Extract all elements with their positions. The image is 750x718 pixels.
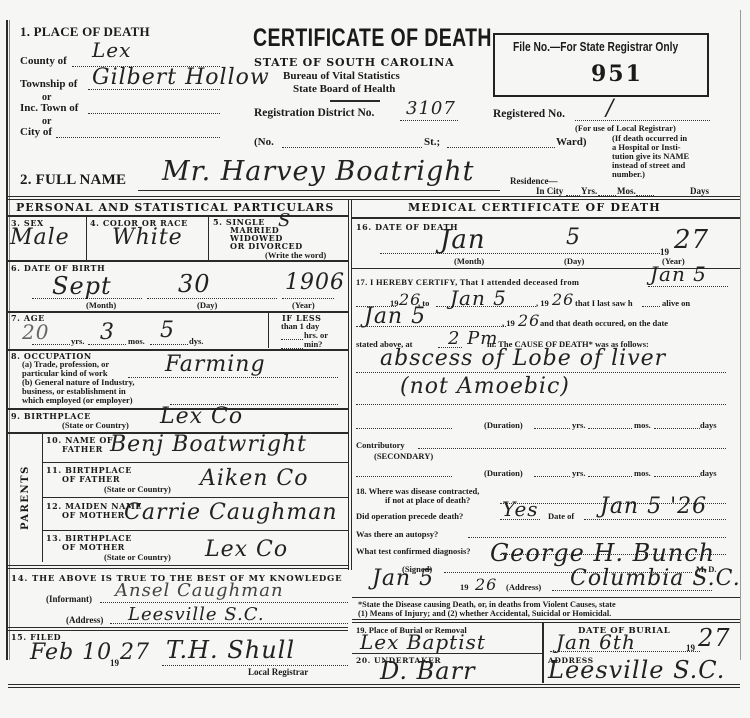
certify-19b: , 19 [536,299,549,308]
medical-heading: MEDICAL CERTIFICATE OF DEATH [408,201,661,214]
registration-district-line [400,120,458,121]
father-value: Benj Boatwright [110,432,307,457]
parents-label: PARENTS [20,465,31,530]
mother-label-2: OF MOTHER [62,511,125,520]
informant-line [100,602,348,603]
contributory-label: Contributory [356,441,405,450]
certify-19c: , 19 [502,319,515,328]
local-registrar-note: (For use of Local Registrar) [575,124,676,133]
age-years: 20 [22,320,49,344]
duration-1-label: (Duration) [484,421,523,430]
signed-date: Jan 5 [372,566,434,591]
dod-line [380,253,660,254]
residence-mos: Mos. [617,187,636,196]
header-divider [8,196,740,200]
test-label: What test confirmed diagnosis? [356,547,471,556]
death-certificate: 1. PLACE OF DEATH County of Lex Township… [0,0,750,718]
operation-date-value: Jan 5 '26 [600,494,707,519]
street-no-line [282,147,422,148]
row-rule-father-bp [42,462,348,463]
last-seen-year: 26 [518,311,540,330]
mother-value: Carrie Caughman [124,500,338,525]
registration-district-label: Registration District No. [254,107,374,119]
age-years-line [32,344,70,345]
operation-value: Yes [502,497,539,521]
undertaker-address-value: Leesville S.C. [548,656,725,684]
hospital-note-5: number.) [612,170,645,179]
signed-year: 26 [475,575,497,594]
age-days-line [150,344,188,345]
footnote-top-rule [352,597,740,598]
marital-value: S [278,210,291,231]
registered-no-label: Registered No. [493,108,565,120]
sex-race-divider [86,215,87,260]
cause-line-1 [356,372,726,373]
row-rule-dob [8,260,348,262]
burial-date-line [550,651,700,652]
age-yrs-caption: yrs. [71,337,84,346]
header-rule [330,100,380,102]
burial-top-rule [352,619,740,623]
duration-1-yrs: yrs. [572,421,585,430]
certify-last-saw: that I last saw h [575,299,633,308]
duration-1-mos: mos. [634,421,651,430]
father-bp-value: Aiken Co [200,466,309,491]
cause-primary: abscess of Lobe of liver [380,346,666,371]
street-no-label: (No. [254,136,274,148]
file-number-label: File No.—For State Registrar Only [513,40,678,54]
dob-day: 30 [178,270,211,298]
center-divider [348,200,352,570]
autopsy-label: Was there an autopsy? [356,530,438,539]
county-value: Lex [92,38,131,62]
duration-1-blank [356,428,452,429]
duration-1-days: days [700,421,717,430]
informant-address-value: Leesville S.C. [128,604,265,625]
left-border [6,20,8,660]
registrar-line [162,665,348,666]
ward-label: Ward) [556,136,587,148]
mother-bp-value: Lex Co [205,537,288,562]
sex-value: Male [10,225,70,250]
residence-label: Residence— [510,177,558,186]
burial-year-prefix: 19 [686,644,695,653]
cause-line-2 [356,404,726,405]
row-rule-mother [42,497,348,498]
dob-year-line [282,298,334,299]
city-line [56,137,220,138]
informant-label: (Informant) [46,595,92,604]
footnote-2: (1) Means of Injury; and (2) whether Acc… [358,609,611,618]
age-months: 3 [100,320,115,345]
q18-label-b: if not at place of death? [385,496,470,505]
dod-day: 5 [566,225,581,250]
bureau-name: Bureau of Vital Statistics [283,70,400,82]
registered-no-line [575,120,710,121]
footnote-1: *State the Disease causing Death, or, in… [358,600,616,609]
if-less-hrs-line [281,339,303,340]
certify-alive-on: alive on [662,299,690,308]
bottom-rule [8,684,740,688]
file-number-value: 951 [591,61,643,87]
file-number-box: File No.—For State Registrar Only 951 [493,33,709,97]
dob-day-line [147,298,277,299]
age-days: 5 [160,318,175,343]
informant-top-rule [8,565,348,569]
dod-month: Jan [440,225,486,255]
burial-place-value: Lex Baptist [360,630,486,654]
birthplace-value: Lex Co [160,404,243,429]
mother-bp-sub: (State or Country) [104,553,171,562]
autopsy-line [468,537,726,538]
full-name-value: Mr. Harvey Boatright [162,156,474,187]
dob-month-caption: (Month) [86,301,116,310]
birthplace-sub: (State or Country) [62,421,129,430]
full-name-label: 2. FULL NAME [20,172,126,189]
mother-bp-label-2: OF MOTHER [62,543,125,552]
duration-2-mos: mos. [634,469,651,478]
certificate-title: CERTIFICATE OF DEATH [253,24,492,53]
operation-label: Did operation precede death? [356,512,463,521]
filed-year: 27 [120,640,150,665]
personal-heading-rule [8,215,348,217]
signed-address-value: Columbia S.C. [570,566,741,591]
burial-divider [542,623,544,683]
race-marital-divider [208,215,209,260]
county-label: County of [20,55,67,67]
attended-to: Jan 5 [450,286,507,310]
dob-year-caption: (Year) [292,301,315,310]
street-line [447,147,555,148]
township-value: Gilbert Hollow [92,65,270,90]
state-name: STATE OF SOUTH CAROLINA [254,56,455,69]
duration-1-mos-line [588,428,632,429]
cause-primary-2: (not Amoebic) [400,374,570,399]
duration-2-yrs-line [534,476,570,477]
dob-month: Sept [52,272,112,300]
father-bp-sub: (State or Country) [104,485,171,494]
age-mos-caption: mos. [128,337,145,346]
row-rule-mother-bp [42,530,348,531]
contributory-line [418,448,726,449]
duration-2-days: days [700,469,717,478]
signed-year-prefix: 19 [460,583,469,592]
operation-date-label: Date of [548,512,574,521]
dod-day-caption: (Day) [564,257,584,266]
dod-year: 27 [674,225,709,255]
full-name-line [138,190,500,191]
dob-year: 1906 [285,270,345,295]
residence-yrs: Yrs. [581,187,597,196]
signed-value: George H. Bunch [490,539,715,567]
attended-from-line [648,286,728,287]
filed-date: Feb 10 [30,640,112,665]
duration-1-days-line [654,428,700,429]
secondary-label: (SECONDARY) [374,452,433,461]
dod-month-caption: (Month) [454,257,484,266]
father-label-2: FATHER [62,445,103,454]
inc-town-label: Inc. Town of [20,102,78,114]
residence-days: Days [690,187,709,196]
street-label: St.; [424,136,440,148]
father-bp-label-2: OF FATHER [62,475,120,484]
right-border [740,10,741,660]
registrar-label: Local Registrar [248,668,308,677]
undertaker-top-rule [352,653,542,654]
burial-year: 27 [698,624,731,652]
dob-day-caption: (Day) [197,301,217,310]
left-border-inner [9,20,10,660]
registered-no-value: / [606,96,614,121]
duration-2-days-line [654,476,700,477]
filed-top-rule [8,627,348,631]
duration-2-yrs: yrs. [572,469,585,478]
last-seen: Jan 5 [364,304,426,329]
board-name: State Board of Health [293,83,395,95]
informant-address-label: (Address) [66,616,103,625]
registrar-signature: T.H. Shull [166,636,295,664]
age-if-less-divider [268,311,269,348]
attended-from: Jan 5 [650,262,707,286]
duration-2-blank [356,476,452,477]
attended-to-year: 26 [552,290,574,309]
in-city-label: In City [536,187,563,196]
occupation-a-line [128,377,338,378]
filed-year-prefix: 19 [110,659,119,668]
occupation-b-3: which employed (or employer) [22,396,133,405]
pronoun-line [642,306,660,307]
age-dys-caption: dys. [189,337,203,346]
duration-1-yrs-line [534,428,570,429]
medical-heading-rule [352,217,740,219]
signed-address-label: (Address) [506,583,541,592]
operation-date-line [584,519,726,520]
certify-death-occured: and that death occured, on the date [540,319,668,328]
race-value: White [112,225,183,250]
occupation-value: Farming [165,352,266,377]
informant-value: Ansel Caughman [115,580,284,601]
township-label: Township of [20,78,77,90]
marital-note: (Write the word) [265,251,326,260]
city-label: City of [20,126,52,138]
duration-2-mos-line [588,476,632,477]
undertaker-value: D. Barr [380,657,476,685]
inc-town-line [88,113,220,114]
if-less-4: min? [304,340,322,349]
registration-district-value: 3107 [406,98,456,119]
duration-2-label: (Duration) [484,469,523,478]
